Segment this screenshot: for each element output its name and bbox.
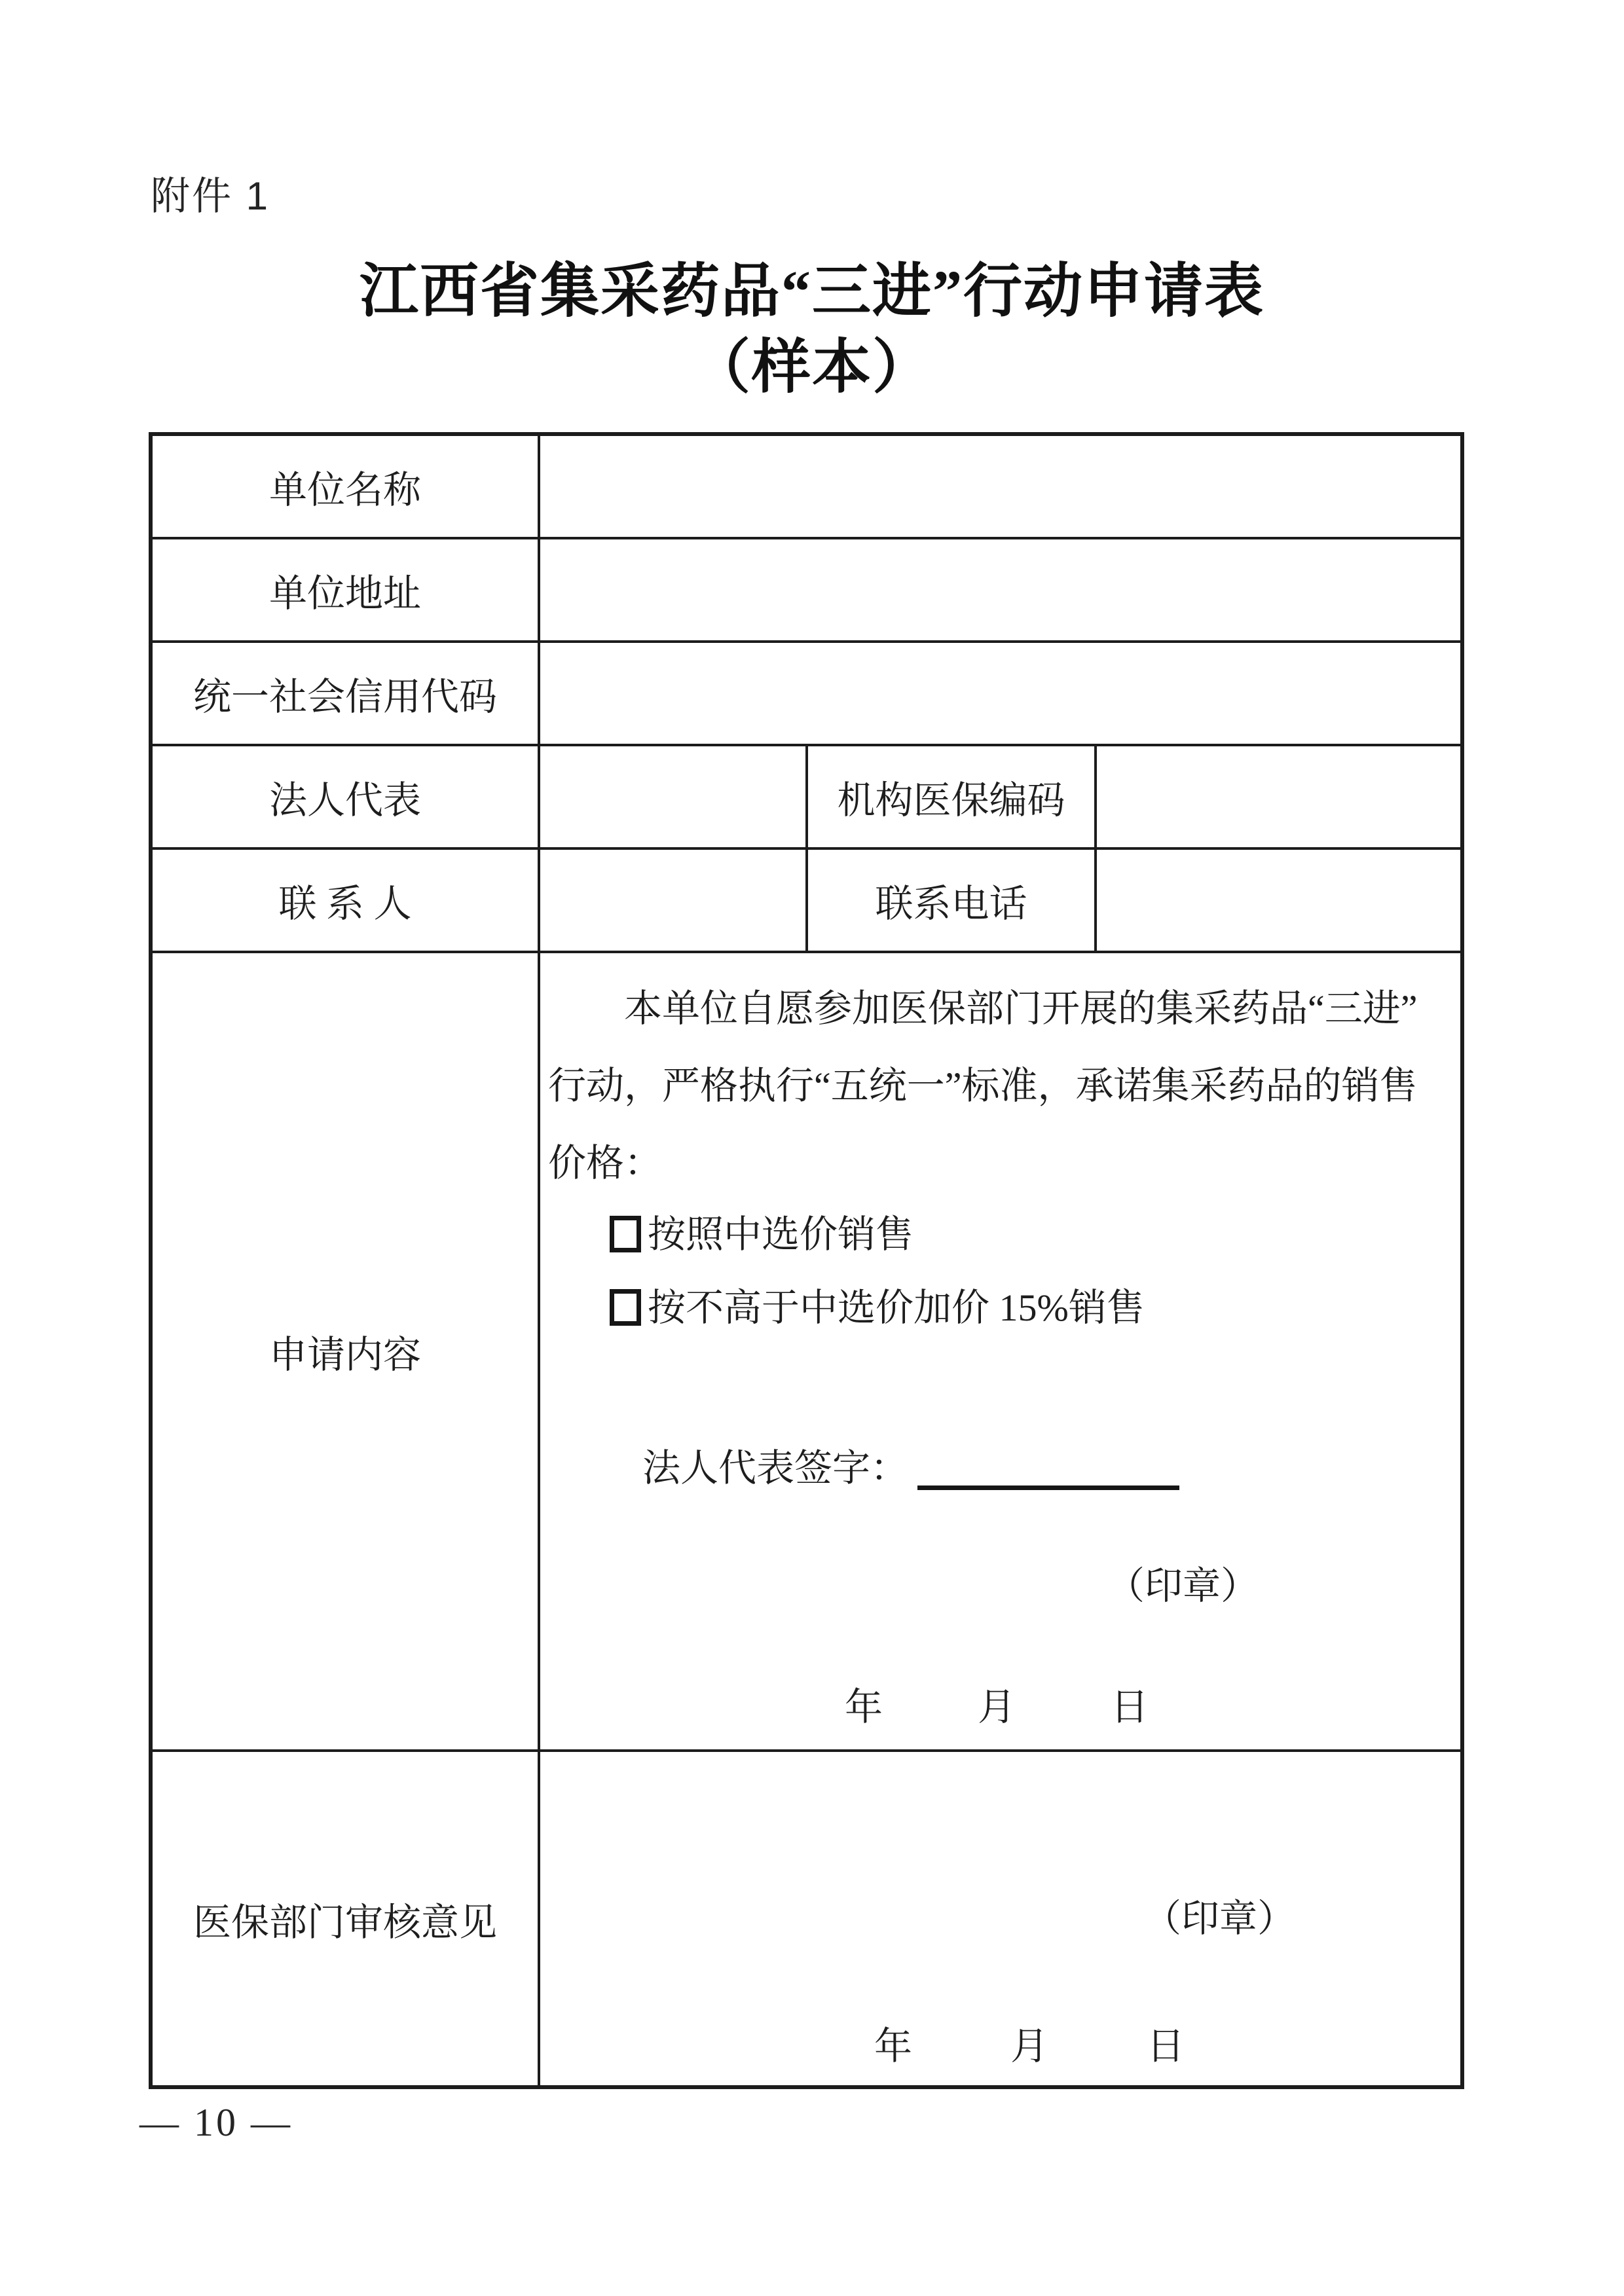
application-form-table: 单位名称 单位地址 统一社会信用代码 法人代表 机构医保编码 联 系 人 联系电… <box>149 432 1464 2089</box>
credit-code-label: 统一社会信用代码 <box>151 642 539 745</box>
contact-phone-label: 联系电话 <box>807 848 1096 952</box>
date-day-label: 日 <box>1147 2025 1185 2068</box>
credit-code-value-cell <box>539 642 1462 745</box>
legal-rep-value-cell <box>539 745 807 848</box>
contact-person-label: 联 系 人 <box>151 848 539 952</box>
price-option-1-label: 按照中选价销售 <box>648 1213 913 1256</box>
unit-name-value-cell <box>539 434 1462 538</box>
date-year-label: 年 <box>874 2025 912 2068</box>
title-line-2: （样本） <box>0 330 1624 406</box>
applicant-date-line: 年月日 <box>540 1669 1460 1746</box>
application-content-label: 申请内容 <box>151 952 539 1751</box>
checkbox-sell-at-selected-price-icon <box>610 1216 641 1252</box>
table-row: 法人代表 机构医保编码 <box>151 745 1462 848</box>
date-month-label: 月 <box>1010 2025 1048 2068</box>
table-row-review: 医保部门审核意见 （印章） 年月日 <box>151 1751 1462 2087</box>
application-content-cell: 本单位自愿参加医保部门开展的集采药品“三进” 行动，严格执行“五统一”标准，承诺… <box>539 952 1462 1751</box>
signature-underline <box>917 1485 1179 1490</box>
unit-address-label: 单位地址 <box>151 538 539 642</box>
price-option-1: 按照中选价销售 <box>610 1198 1460 1271</box>
applicant-seal-placeholder: （印章） <box>540 1548 1460 1625</box>
org-insurance-code-label: 机构医保编码 <box>807 745 1096 848</box>
date-month-label: 月 <box>978 1686 1016 1728</box>
attachment-label: 附件 1 <box>151 165 270 221</box>
application-paragraph: 本单位自愿参加医保部门开展的集采药品“三进” 行动，严格执行“五统一”标准，承诺… <box>548 970 1452 1202</box>
document-page: 附件 1 江西省集采药品“三进”行动申请表 （样本） 单位名称 单位地址 统一社… <box>0 0 1624 2296</box>
unit-address-value-cell <box>539 538 1462 642</box>
review-seal-placeholder: （印章） <box>540 1880 1460 1958</box>
paragraph-line: 价格： <box>548 1125 1452 1202</box>
table-row-application: 申请内容 本单位自愿参加医保部门开展的集采药品“三进” 行动，严格执行“五统一”… <box>151 952 1462 1751</box>
contact-phone-value-cell <box>1096 848 1462 952</box>
title-line-1: 江西省集采药品“三进”行动申请表 <box>0 254 1624 330</box>
document-title: 江西省集采药品“三进”行动申请表 （样本） <box>0 254 1624 406</box>
page-number: — 10 — <box>139 2100 293 2145</box>
review-opinion-label: 医保部门审核意见 <box>151 1751 539 2087</box>
table-row: 统一社会信用代码 <box>151 642 1462 745</box>
signature-label: 法人代表签字： <box>642 1447 908 1489</box>
price-option-2: 按不高于中选价加价 15%销售 <box>610 1271 1460 1345</box>
date-day-label: 日 <box>1111 1686 1149 1728</box>
table-row: 单位名称 <box>151 434 1462 538</box>
paragraph-line: 本单位自愿参加医保部门开展的集采药品“三进” <box>548 970 1452 1048</box>
review-opinion-cell: （印章） 年月日 <box>539 1751 1462 2087</box>
legal-rep-signature-line: 法人代表签字： <box>642 1430 1460 1507</box>
org-insurance-code-value-cell <box>1096 745 1462 848</box>
table-row: 联 系 人 联系电话 <box>151 848 1462 952</box>
unit-name-label: 单位名称 <box>151 434 539 538</box>
legal-rep-label: 法人代表 <box>151 745 539 848</box>
paragraph-line: 行动，严格执行“五统一”标准，承诺集采药品的销售 <box>548 1048 1452 1125</box>
price-option-2-label: 按不高于中选价加价 15%销售 <box>648 1286 1145 1329</box>
review-date-line: 年月日 <box>540 2008 1460 2085</box>
table-row: 单位地址 <box>151 538 1462 642</box>
date-year-label: 年 <box>845 1686 883 1728</box>
contact-person-value-cell <box>539 848 807 952</box>
checkbox-sell-max-15-percent-markup-icon <box>610 1289 641 1326</box>
